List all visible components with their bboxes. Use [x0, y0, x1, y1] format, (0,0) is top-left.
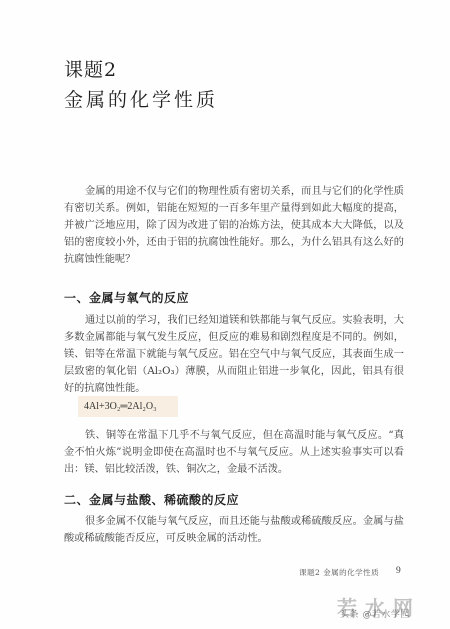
chemical-equation-box: 4Al+3O₂═2Al₂O₃ — [78, 396, 178, 417]
watermark-caption: 头条 @若水学园 — [340, 607, 410, 620]
running-footer: 课题2 金属的化学性质 — [299, 567, 379, 578]
lesson-title: 金属的化学性质 — [64, 88, 218, 112]
page-number: 9 — [396, 566, 401, 576]
acid-paragraph-1: 很多金属不仅能与氧气反应，而且还能与盐酸或稀硫酸反应。金属与盐酸或稀硫酸能否反应… — [64, 513, 404, 547]
textbook-page: 课题2 金属的化学性质 金属的用途不仅与它们的物理性质有密切关系，而且与它们的化… — [0, 0, 450, 629]
oxygen-paragraph-1: 通过以前的学习，我们已经知道镁和铁都能与氧气反应。实验表明，大多数金属都能与氧气… — [64, 312, 404, 397]
intro-paragraph: 金属的用途不仅与它们的物理性质有密切关系，而且与它们的化学性质有密切关系。例如，… — [64, 183, 404, 268]
section-heading-acid: 二、金属与盐酸、稀硫酸的反应 — [64, 492, 239, 508]
lesson-number: 课题2 — [64, 58, 117, 82]
section-heading-oxygen: 一、金属与氧气的反应 — [64, 290, 189, 306]
oxygen-paragraph-2: 铁、铜等在常温下几乎不与氧气反应，但在高温时能与氧气反应。“真金不怕火炼”说明金… — [64, 427, 404, 478]
